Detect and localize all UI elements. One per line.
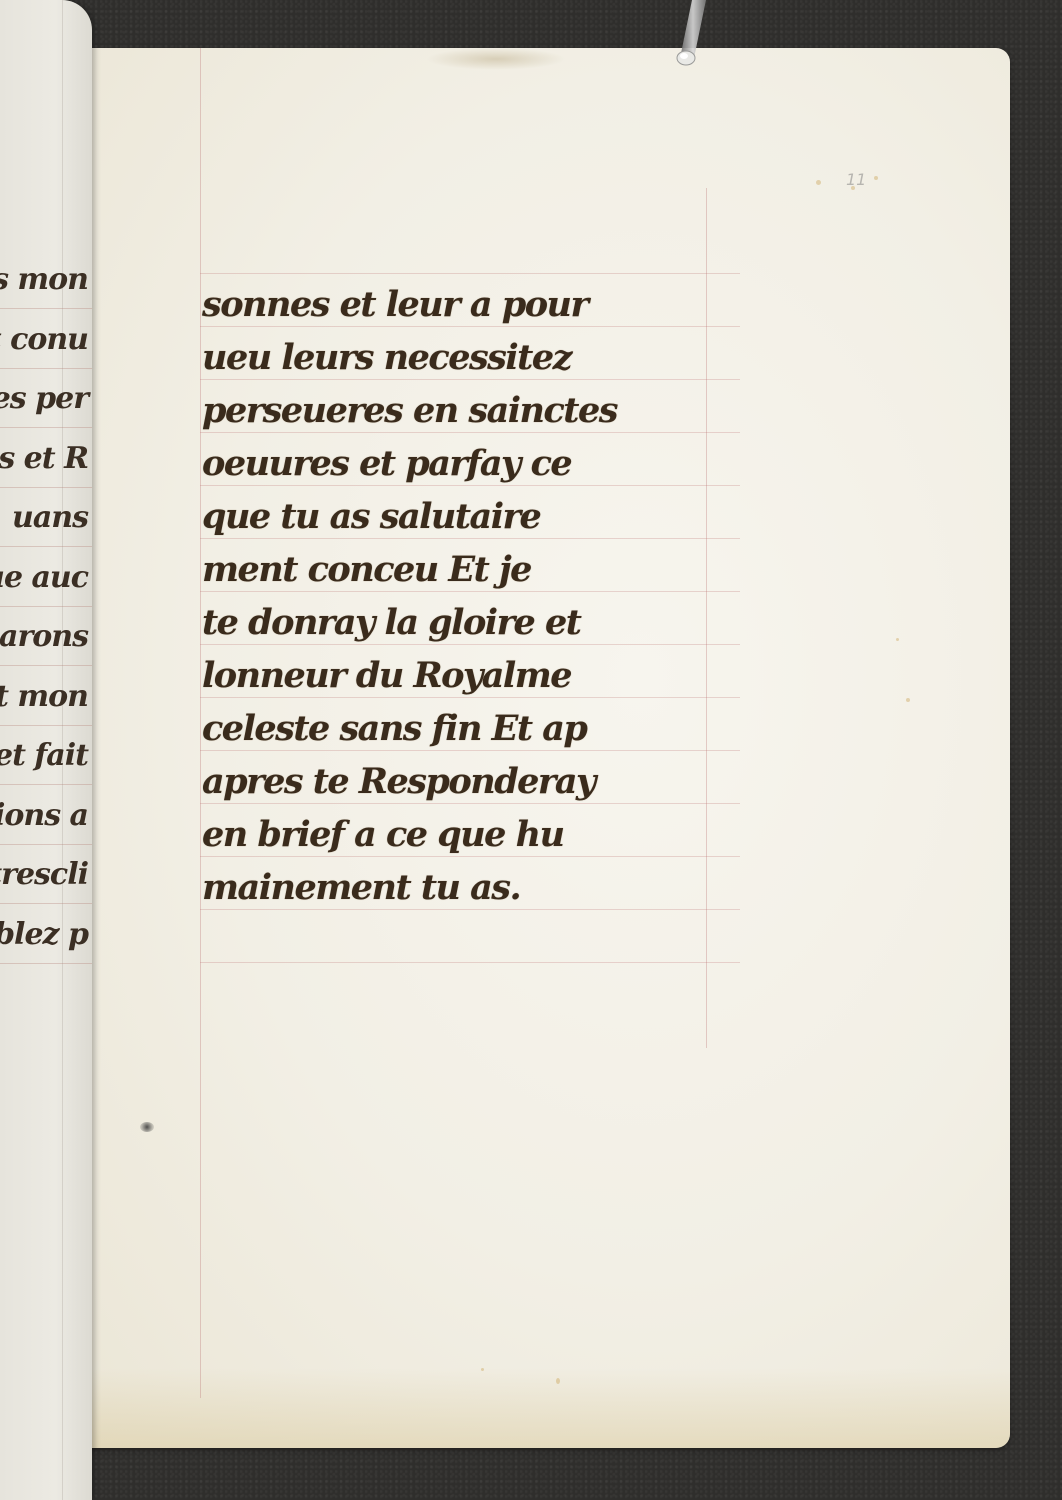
recto-page: 11 sonnes et leur a pour ueu leurs neces… <box>86 48 1010 1448</box>
facing-text-line: les per <box>0 381 88 416</box>
facing-text-line: ablez p <box>0 917 88 952</box>
text-line-7: te donray la gloire et <box>202 596 762 649</box>
folio-number: 11 <box>846 170 866 189</box>
facing-text-line: trescli <box>0 857 88 892</box>
text-line-10: apres te Responderay <box>202 755 762 808</box>
facing-text-line: et fait <box>0 738 88 773</box>
facing-text-line: s mon <box>0 262 88 297</box>
facing-text-line: ions a <box>0 798 88 833</box>
foxing-speck <box>481 1368 484 1371</box>
facing-text-line: uans <box>12 500 88 535</box>
ruling-left-margin <box>200 48 201 1398</box>
water-stain <box>86 1368 1010 1448</box>
text-line-8: lonneur du Royalme <box>202 649 762 702</box>
text-line-5: que tu as salutaire <box>202 490 762 543</box>
page-weight-clip-icon <box>672 0 712 68</box>
text-line-12: mainement tu as. <box>202 861 762 914</box>
facing-text-line: t conu <box>0 322 88 357</box>
foxing-speck <box>896 638 899 641</box>
facing-ruling <box>0 784 92 785</box>
facing-text-line: barons <box>0 619 88 654</box>
facing-ruling <box>0 546 92 547</box>
ink-blot <box>140 1122 154 1132</box>
foxing-speck <box>556 1378 560 1384</box>
manuscript-text: sonnes et leur a pour ueu leurs necessit… <box>202 278 762 914</box>
text-line-4: oeuures et parfay ce <box>202 437 762 490</box>
ruling-line <box>200 962 740 963</box>
facing-text-line: ue auc <box>0 560 88 595</box>
facing-ruling <box>0 903 92 904</box>
facing-text-line: t mon <box>0 679 88 714</box>
text-line-1: sonnes et leur a pour <box>202 278 762 331</box>
text-line-6: ment conceu Et je <box>202 543 762 596</box>
facing-ruling <box>0 725 92 726</box>
facing-ruling <box>0 606 92 607</box>
foxing-speck <box>906 698 910 702</box>
facing-text-line: s et R <box>0 441 88 476</box>
facing-ruling <box>0 844 92 845</box>
foxing-speck <box>816 180 821 185</box>
text-line-11: en brief a ce que hu <box>202 808 762 861</box>
facing-ruling <box>0 665 92 666</box>
foxing-speck <box>874 176 878 180</box>
facing-ruling <box>0 963 92 964</box>
facing-page-verso: s mont conules pers et Ruansue aucbarons… <box>0 0 92 1500</box>
text-line-2: ueu leurs necessitez <box>202 331 762 384</box>
facing-ruling <box>0 368 92 369</box>
ruling-line <box>200 273 740 274</box>
facing-ruling <box>0 487 92 488</box>
top-edge-stain <box>426 48 566 70</box>
text-line-9: celeste sans fin Et ap <box>202 702 762 755</box>
facing-ruling <box>0 308 92 309</box>
facing-ruling <box>0 427 92 428</box>
text-line-3: perseueres en sainctes <box>202 384 762 437</box>
foxing-speck <box>851 186 855 190</box>
